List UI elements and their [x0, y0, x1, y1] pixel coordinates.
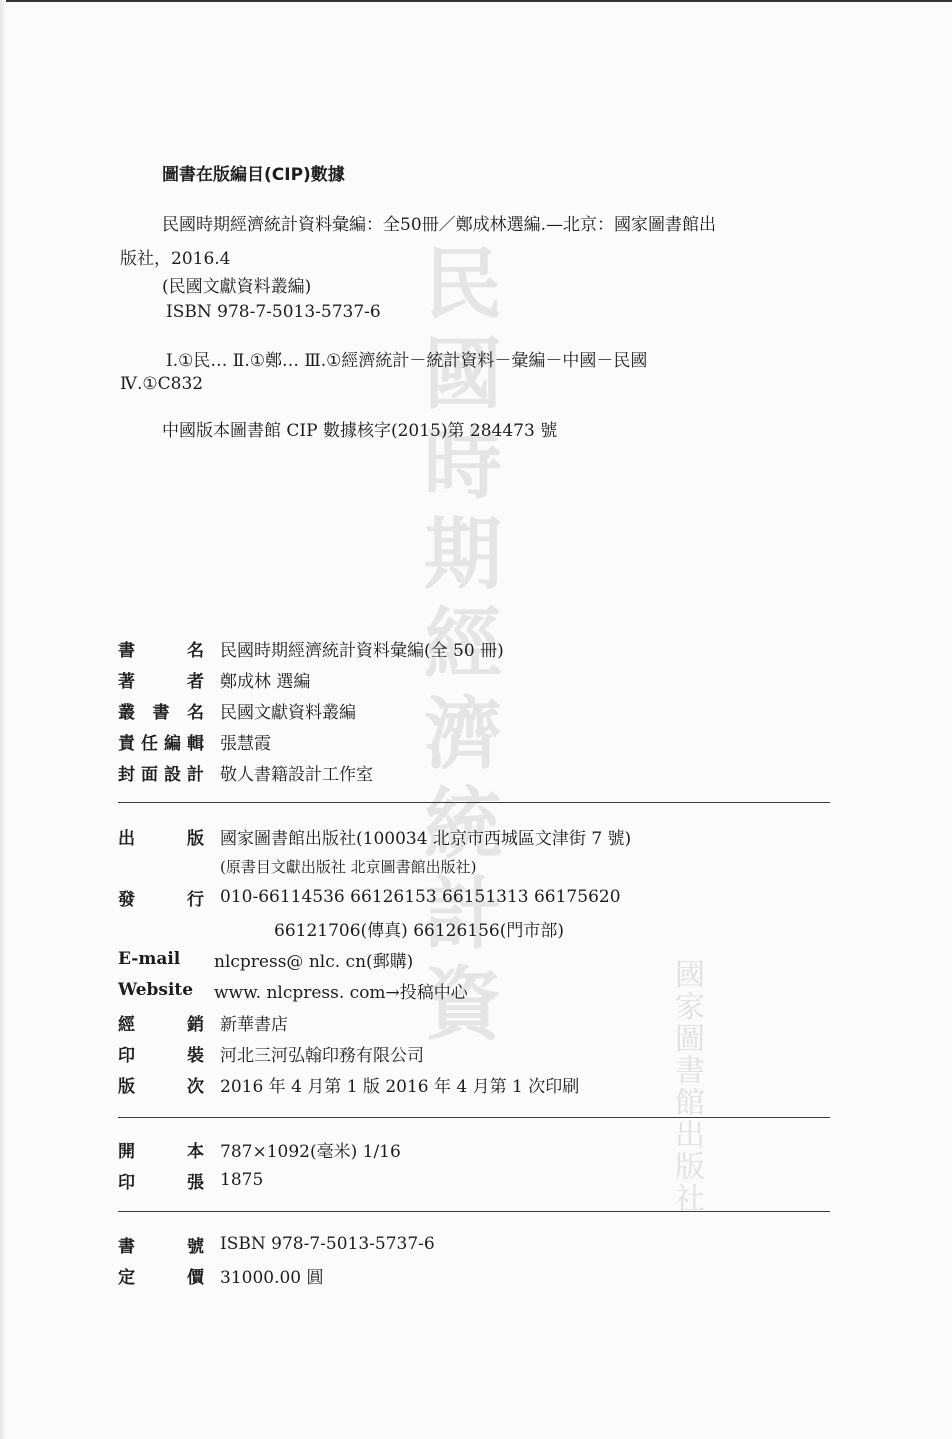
- distribution-label: 發行: [118, 885, 204, 910]
- distribution-phones: 010-66114536 66126153 66151313 66175620: [220, 887, 621, 907]
- divider: [118, 1211, 830, 1212]
- website-value[interactable]: www. nlcpress. com→投稿中心: [214, 978, 468, 1003]
- credit-value: 張慧霞: [220, 729, 271, 754]
- price-label: 定價: [118, 1263, 204, 1288]
- divider: [118, 1117, 830, 1118]
- credit-value: 敬人書籍設計工作室: [220, 760, 373, 785]
- size-value: 787×1092(毫米) 1/16: [220, 1137, 401, 1162]
- email-label: E-mail: [118, 949, 204, 969]
- sheets-label: 印張: [118, 1168, 204, 1193]
- cip-title: 圖書在版編目(CIP)數據: [162, 160, 345, 185]
- sheets-row: 印張 1875: [118, 1166, 263, 1194]
- credit-row-title: 書名 民國時期經濟統計資料彙編(全 50 冊): [118, 634, 504, 662]
- page-top-edge: [0, 0, 952, 2]
- cip-entry: 民國時期經濟統計資料彙編：全50冊／鄭成林選編.—北京：國家圖書館出: [162, 210, 716, 235]
- watermark-publisher: 國家圖書館出版社: [672, 960, 708, 1216]
- isbn-row: 書號 ISBN 978-7-5013-5737-6: [118, 1230, 435, 1258]
- credit-row-editor: 責任編輯 張慧霞: [118, 727, 271, 755]
- price-value: 31000.00 圓: [220, 1263, 324, 1288]
- credit-row-author: 著者 鄭成林 選編: [118, 665, 310, 693]
- size-label: 開本: [118, 1137, 204, 1162]
- email-row: E-mail nlcpress@ nlc. cn(郵購): [118, 945, 413, 973]
- sheets-value: 1875: [220, 1170, 263, 1190]
- publisher-row: 出版 國家圖書館出版社(100034 北京市西城區文津街 7 號): [118, 822, 631, 850]
- seller-value: 新華書店: [220, 1010, 288, 1035]
- printer-value: 河北三河弘翰印務有限公司: [220, 1041, 424, 1066]
- credit-row-cover-design: 封面設計 敬人書籍設計工作室: [118, 758, 373, 786]
- edition-value: 2016 年 4 月第 1 版 2016 年 4 月第 1 次印刷: [220, 1072, 579, 1097]
- size-row: 開本 787×1092(毫米) 1/16: [118, 1135, 401, 1163]
- publisher-former-names: (原書目文獻出版社 北京圖書館出版社): [220, 852, 476, 880]
- isbn-label: 書號: [118, 1232, 204, 1257]
- credit-label: 責任編輯: [118, 729, 204, 754]
- cip-number: 中國版本圖書館 CIP 數據核字(2015)第 284473 號: [162, 416, 557, 441]
- price-row: 定價 31000.00 圓: [118, 1261, 324, 1289]
- credit-value: 鄭成林 選編: [220, 667, 310, 692]
- distribution-phones-continued: 66121706(傳真) 66126156(門市部): [274, 914, 564, 942]
- credit-value: 民國時期經濟統計資料彙編(全 50 冊): [220, 636, 504, 661]
- seller-label: 經銷: [118, 1010, 204, 1035]
- seller-row: 經銷 新華書店: [118, 1008, 288, 1036]
- credit-label: 書名: [118, 636, 204, 661]
- page-scan-shadow: [0, 0, 6, 1439]
- printer-row: 印裝 河北三河弘翰印務有限公司: [118, 1039, 424, 1067]
- edition-label: 版次: [118, 1072, 204, 1097]
- credit-row-series: 叢書名 民國文獻資料叢編: [118, 696, 356, 724]
- publisher-value: 國家圖書館出版社(100034 北京市西城區文津街 7 號): [220, 824, 631, 849]
- edition-row: 版次 2016 年 4 月第 1 版 2016 年 4 月第 1 次印刷: [118, 1070, 579, 1098]
- printer-label: 印裝: [118, 1041, 204, 1066]
- website-row: Website www. nlcpress. com→投稿中心: [118, 976, 468, 1004]
- cip-classification: Ⅰ.①民… Ⅱ.①鄭… Ⅲ.①經濟統計－統計資料－彙編－中國－民國: [166, 346, 647, 371]
- cip-classification-continued: Ⅳ.①C832: [120, 374, 203, 394]
- divider: [118, 802, 830, 803]
- website-label: Website: [118, 980, 204, 1000]
- cip-isbn: ISBN 978-7-5013-5737-6: [166, 302, 381, 322]
- email-value[interactable]: nlcpress@ nlc. cn(郵購): [214, 947, 413, 972]
- isbn-value: ISBN 978-7-5013-5737-6: [220, 1234, 435, 1254]
- publisher-label: 出版: [118, 824, 204, 849]
- credit-label: 叢書名: [118, 698, 204, 723]
- credit-label: 著者: [118, 667, 204, 692]
- cip-series: (民國文獻資料叢編): [162, 272, 311, 297]
- credit-label: 封面設計: [118, 760, 204, 785]
- cip-entry-continued: 版社，2016.4: [120, 244, 230, 269]
- credit-value: 民國文獻資料叢編: [220, 698, 356, 723]
- distribution-row: 發行 010-66114536 66126153 66151313 661756…: [118, 883, 621, 911]
